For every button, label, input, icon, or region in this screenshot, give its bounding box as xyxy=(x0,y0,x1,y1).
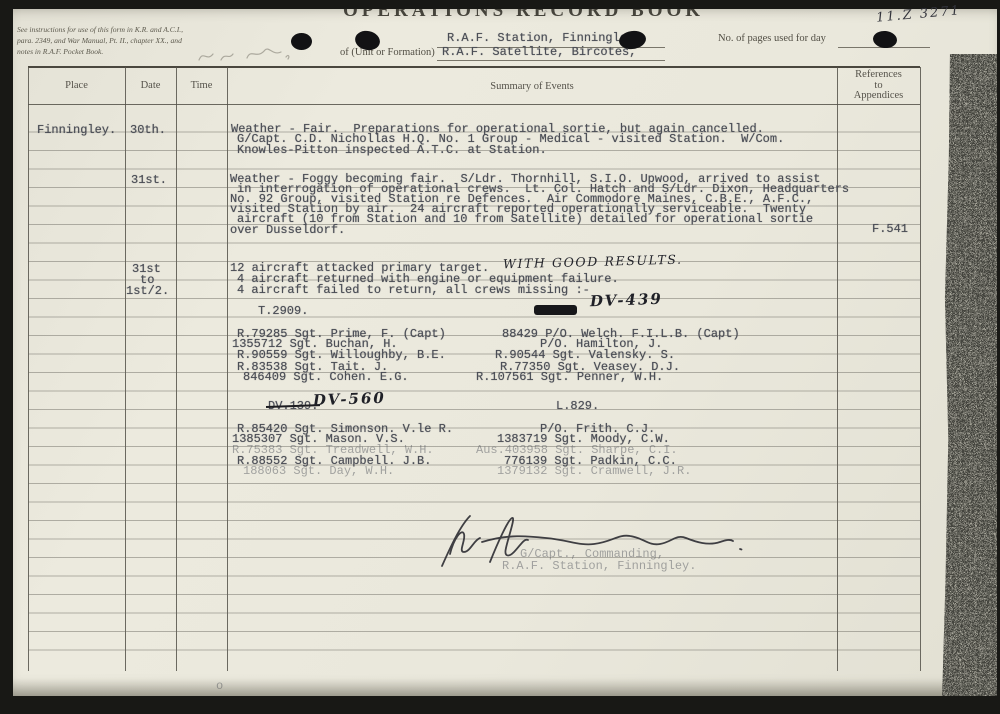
form-instructions-line: para. 2349, and War Manual, Pt. II., cha… xyxy=(17,35,217,46)
unit-label: of (Unit or Formation) xyxy=(340,47,435,58)
aircraft-serial: DV.139. xyxy=(268,401,318,412)
date-entry: 30th. xyxy=(130,125,166,136)
handwritten-serial: DV-439 xyxy=(590,294,663,308)
unit-rule xyxy=(437,60,665,61)
signature xyxy=(428,508,748,572)
column-header-references-line: Appendices xyxy=(837,91,920,102)
table-top-border xyxy=(28,66,920,68)
summary-line: 4 aircraft failed to return, all crews m… xyxy=(237,285,590,296)
column-header-date: Date xyxy=(125,80,176,91)
column-header-time: Time xyxy=(176,80,227,91)
place-entry: Finningley. xyxy=(37,125,116,136)
aircraft-serial: T.2909. xyxy=(258,306,308,317)
crew-entry: 1379132 Sgt. Cramwell, J.R. xyxy=(497,466,691,477)
station-value: R.A.F. Station, Finningley, xyxy=(447,31,641,45)
form-instructions-line: See instructions for use of this form in… xyxy=(17,24,217,35)
page-bottom-shadow xyxy=(13,678,997,696)
pages-used-label: No. of pages used for day xyxy=(718,33,826,44)
film-grain-texture xyxy=(941,54,997,696)
unit-value: R.A.F. Satellite, Bircotes, xyxy=(442,45,636,59)
aircraft-serial: L.829. xyxy=(556,401,599,412)
column-header-summary: Summary of Events xyxy=(227,81,837,92)
handwritten-note: WITH GOOD RESULTS. xyxy=(503,254,683,270)
column-header-place: Place xyxy=(28,80,125,91)
date-entry: 31st. xyxy=(131,175,167,186)
crew-entry: 188063 Sgt. Day, W.H. xyxy=(243,466,394,477)
form-instructions: See instructions for use of this form in… xyxy=(17,24,217,57)
date-entry: 1st/2. xyxy=(126,286,169,297)
form-instructions-line: notes in R.A.F. Pocket Book. xyxy=(17,46,217,57)
column-header-references: References to Appendices xyxy=(837,70,920,102)
ink-blob xyxy=(291,33,312,50)
crew-entry: R.107561 Sgt. Penner, W.H. xyxy=(476,372,663,383)
photograph-background: OPERATIONS RECORD BOOK See instructions … xyxy=(0,0,1000,714)
table-border-right xyxy=(920,67,921,671)
film-grain-strip xyxy=(941,54,997,696)
form-title: OPERATIONS RECORD BOOK xyxy=(343,9,687,22)
reference-entry: F.541 xyxy=(872,224,908,235)
summary-line: Knowles-Pitton inspected A.T.C. at Stati… xyxy=(237,145,547,156)
column-header-references-line: References xyxy=(837,70,920,81)
table-header-underline xyxy=(28,104,920,105)
crew-entry: 846409 Sgt. Cohen. E.G. xyxy=(243,372,409,383)
summary-line: over Dusseldorf. xyxy=(230,225,345,236)
handwritten-serial: DV-560 xyxy=(313,393,386,407)
redaction-mark xyxy=(534,305,577,315)
pencil-scribble xyxy=(193,44,293,66)
